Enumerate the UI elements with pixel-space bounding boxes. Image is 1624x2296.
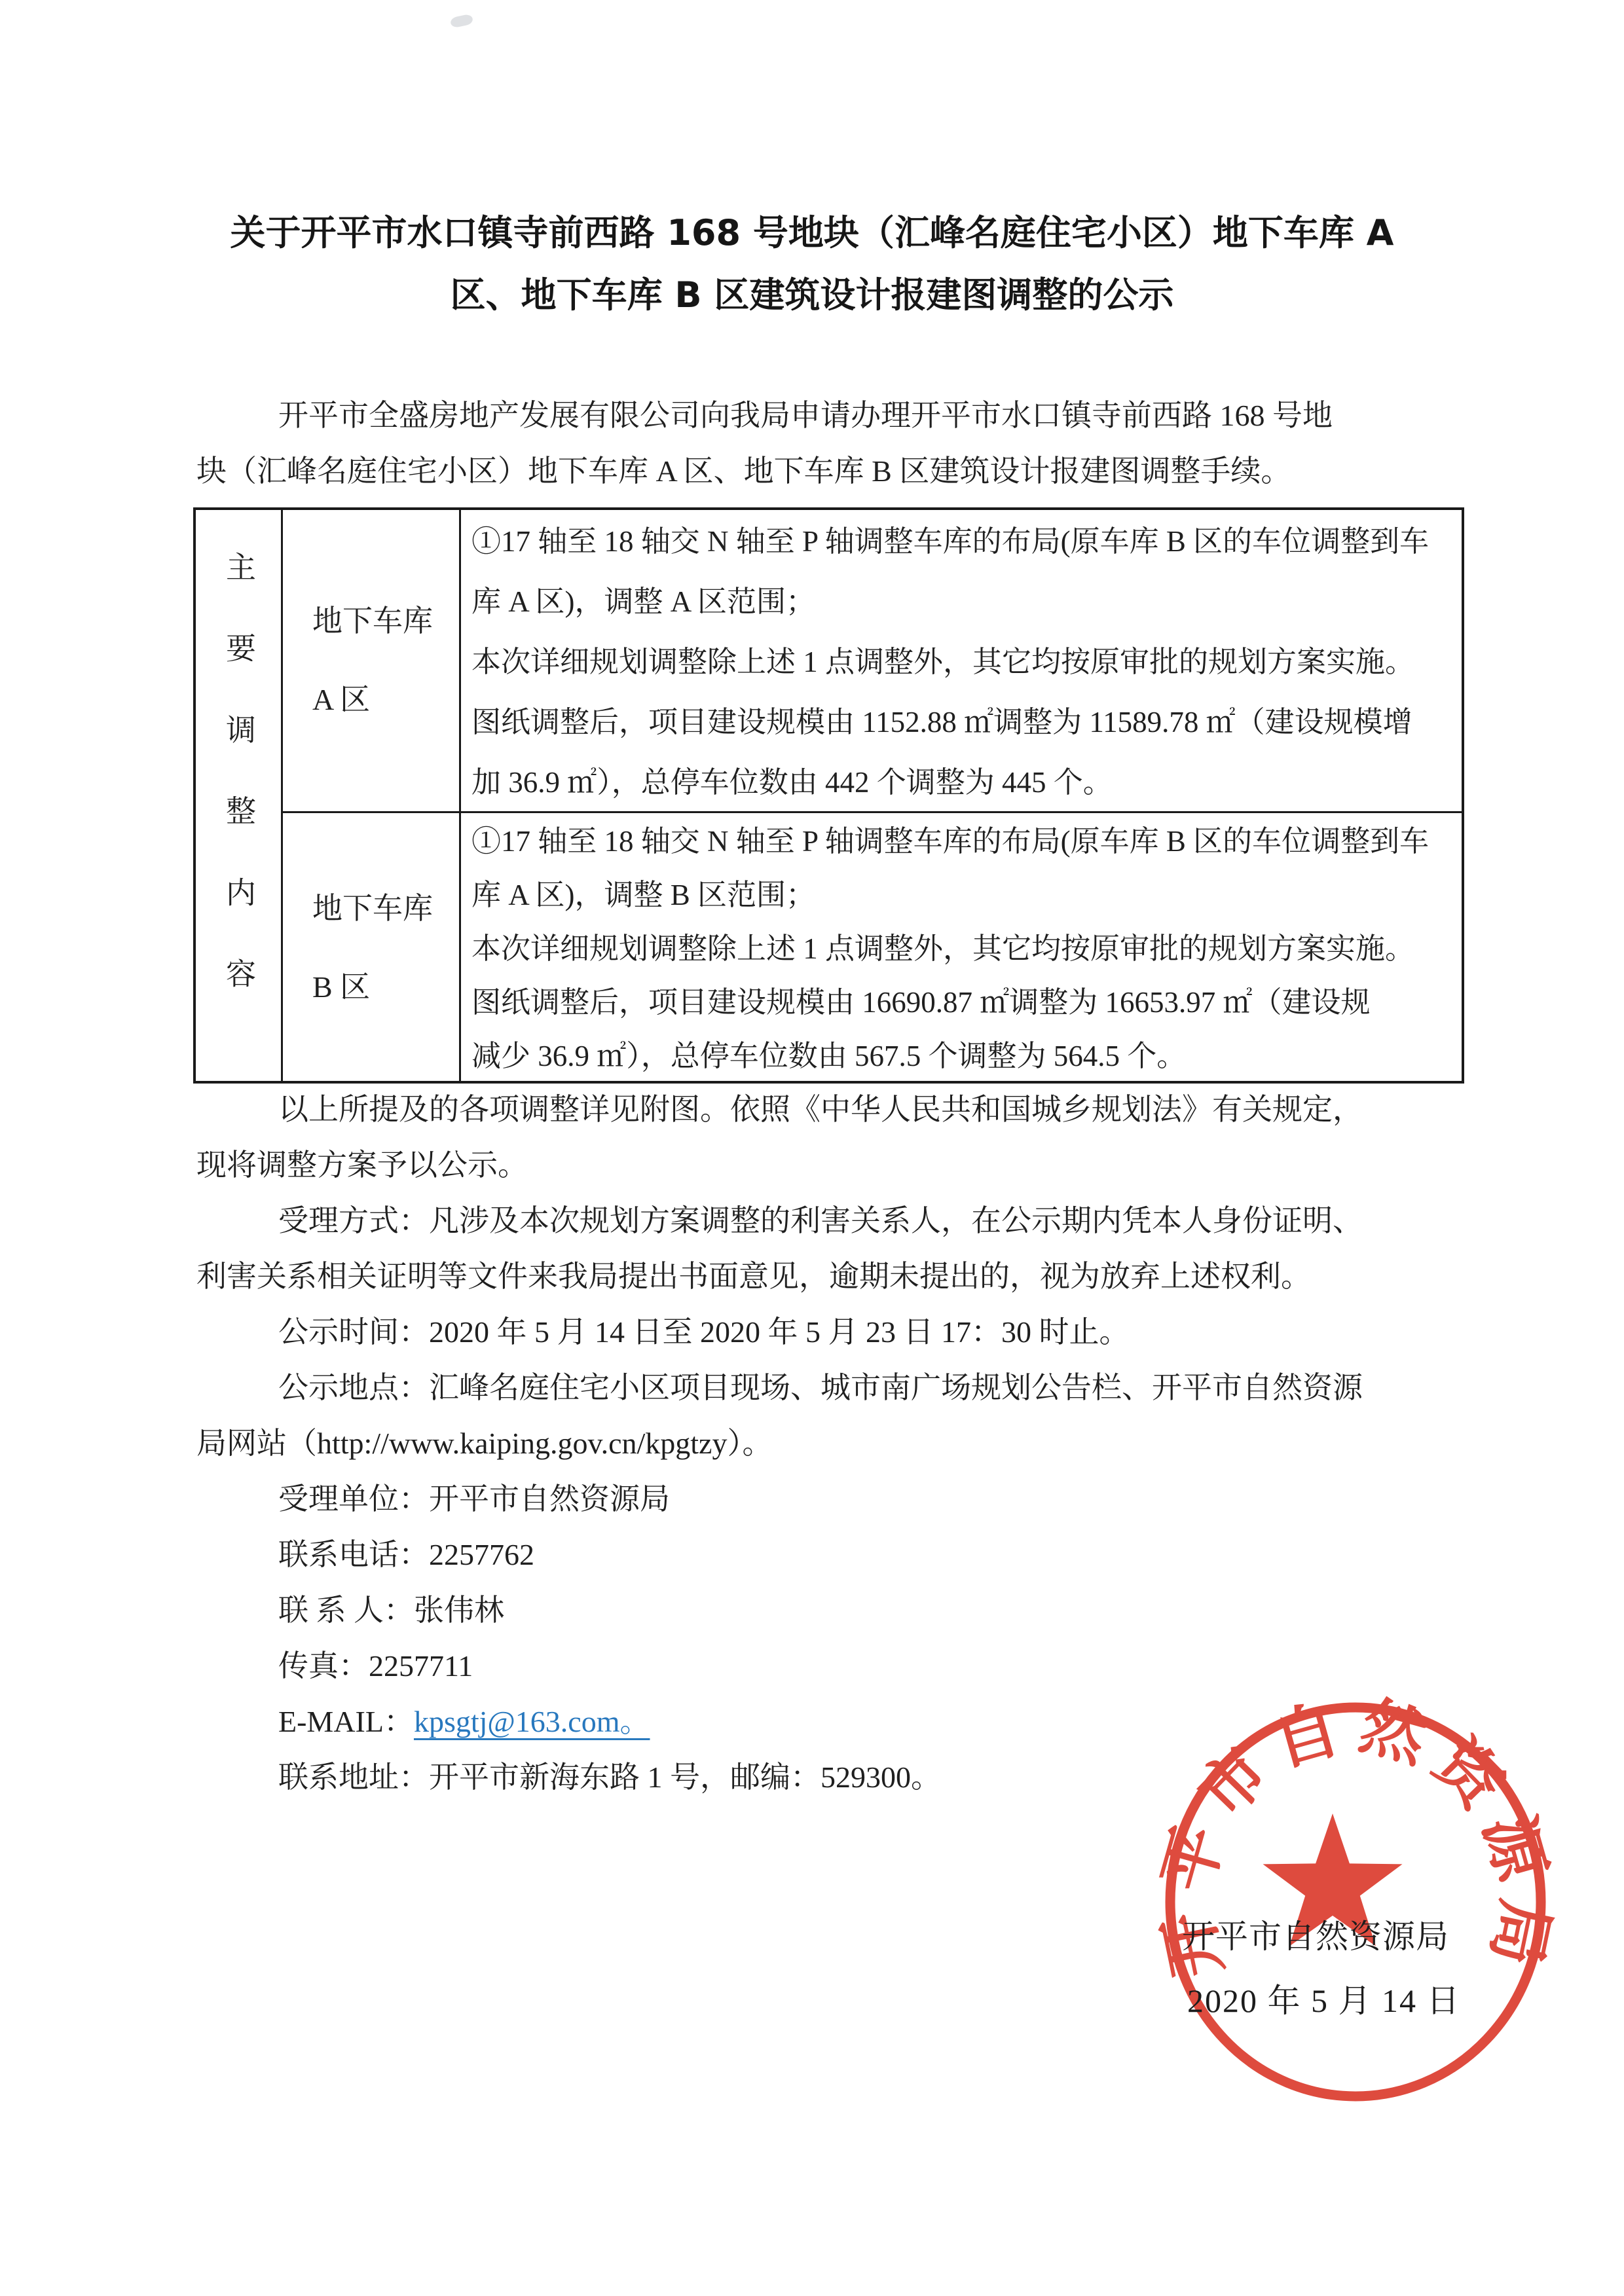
- body-line: 公示地点：汇峰名庭住宅小区项目现场、城市南广场规划公告栏、开平市自然资源: [196, 1360, 1462, 1415]
- intro-line: 块（汇峰名庭住宅小区）地下车库 A 区、地下车库 B 区建筑设计报建图调整手续。: [196, 443, 1462, 499]
- scan-smudge: [450, 14, 474, 29]
- title-line-2: 区、地下车库 B 区建筑设计报建图调整的公示: [0, 264, 1624, 326]
- zone-label-b: 地下车库 B 区: [283, 813, 461, 1083]
- table-vertical-header: 主要调整内容: [196, 510, 283, 1081]
- seal-date: 2020 年 5 月 14 日: [1187, 1975, 1515, 2022]
- body-line-website: 局网站（http://www.kaiping.gov.cn/kpgtzy）。: [196, 1415, 1462, 1471]
- title-line-1: 关于开平市水口镇寺前西路 168 号地块（汇峰名庭住宅小区）地下车库 A: [0, 202, 1624, 264]
- body-line-publicity-time: 公示时间：2020 年 5 月 14 日至 2020 年 5 月 23 日 17…: [196, 1304, 1462, 1360]
- zone-label-line: 地下车库: [312, 582, 459, 661]
- body-line-contact-person: 联 系 人：张伟林: [196, 1582, 1462, 1638]
- content-line: 减少 36.9 ㎡），总停车位数由 567.5 个调整为 564.5 个。: [471, 1029, 1459, 1083]
- content-line: 库 A 区)，调整 A 区范围；: [471, 572, 1459, 632]
- body-line: 利害关系相关证明等文件来我局提出书面意见，逾期未提出的，视为放弃上述权利。: [196, 1248, 1462, 1304]
- email-label: E-MAIL：: [278, 1705, 414, 1738]
- zone-label-line: B 区: [312, 948, 459, 1027]
- intro-paragraph: 开平市全盛房地产发展有限公司向我局申请办理开平市水口镇寺前西路 168 号地 块…: [196, 388, 1462, 499]
- zone-label-a: 地下车库 A 区: [283, 510, 461, 811]
- content-line: ①17 轴至 18 轴交 N 轴至 P 轴调整车库的布局(原车库 B 区的车位调…: [471, 814, 1459, 868]
- content-line: ①17 轴至 18 轴交 N 轴至 P 轴调整车库的布局(原车库 B 区的车位调…: [471, 511, 1459, 572]
- zone-label-line: 地下车库: [312, 869, 459, 948]
- zone-b-content: ①17 轴至 18 轴交 N 轴至 P 轴调整车库的布局(原车库 B 区的车位调…: [461, 813, 1462, 1083]
- body-line-phone: 联系电话：2257762: [196, 1527, 1462, 1582]
- table-row-garage-a: 地下车库 A 区 ①17 轴至 18 轴交 N 轴至 P 轴调整车库的布局(原车…: [283, 510, 1462, 813]
- body-line: 以上所提及的各项调整详见附图。依照《中华人民共和国城乡规划法》有关规定，: [196, 1082, 1462, 1137]
- content-line: 图纸调整后，项目建设规模由 16690.87 ㎡调整为 16653.97 ㎡（建…: [471, 975, 1459, 1029]
- seal-org-name: 开平市自然资源局: [1182, 1910, 1509, 1958]
- table-rows: 地下车库 A 区 ①17 轴至 18 轴交 N 轴至 P 轴调整车库的布局(原车…: [283, 510, 1462, 1081]
- body-line: 受理方式：凡涉及本次规划方案调整的利害关系人，在公示期内凭本人身份证明、: [196, 1193, 1462, 1248]
- content-line: 加 36.9 ㎡），总停车位数由 442 个调整为 445 个。: [471, 752, 1459, 811]
- intro-line: 开平市全盛房地产发展有限公司向我局申请办理开平市水口镇寺前西路 168 号地: [196, 388, 1462, 443]
- zone-label-line: A 区: [312, 661, 459, 739]
- content-line: 本次详细规划调整除上述 1 点调整外，其它均按原审批的规划方案实施。: [471, 632, 1459, 692]
- content-line: 库 A 区)，调整 B 区范围；: [471, 868, 1459, 922]
- content-line: 图纸调整后，项目建设规模由 1152.88 ㎡调整为 11589.78 ㎡（建设…: [471, 692, 1459, 752]
- table-row-garage-b: 地下车库 B 区 ①17 轴至 18 轴交 N 轴至 P 轴调整车库的布局(原车…: [283, 813, 1462, 1083]
- body-line: 现将调整方案予以公示。: [196, 1137, 1462, 1193]
- adjustment-table: 主要调整内容 地下车库 A 区 ①17 轴至 18 轴交 N 轴至 P 轴调整车…: [193, 507, 1464, 1084]
- email-link[interactable]: kpsgtj@163.com。: [414, 1705, 650, 1738]
- body-line-fax: 传真：2257711: [196, 1638, 1462, 1694]
- content-line: 本次详细规划调整除上述 1 点调整外，其它均按原审批的规划方案实施。: [471, 922, 1459, 975]
- page-title: 关于开平市水口镇寺前西路 168 号地块（汇峰名庭住宅小区）地下车库 A 区、地…: [0, 202, 1624, 326]
- document-page: 关于开平市水口镇寺前西路 168 号地块（汇峰名庭住宅小区）地下车库 A 区、地…: [0, 0, 1624, 2296]
- zone-a-content: ①17 轴至 18 轴交 N 轴至 P 轴调整车库的布局(原车库 B 区的车位调…: [461, 510, 1462, 811]
- body-line-accepting-unit: 受理单位：开平市自然资源局: [196, 1471, 1462, 1527]
- official-seal: 开平市自然资源局: [1153, 1692, 1559, 2111]
